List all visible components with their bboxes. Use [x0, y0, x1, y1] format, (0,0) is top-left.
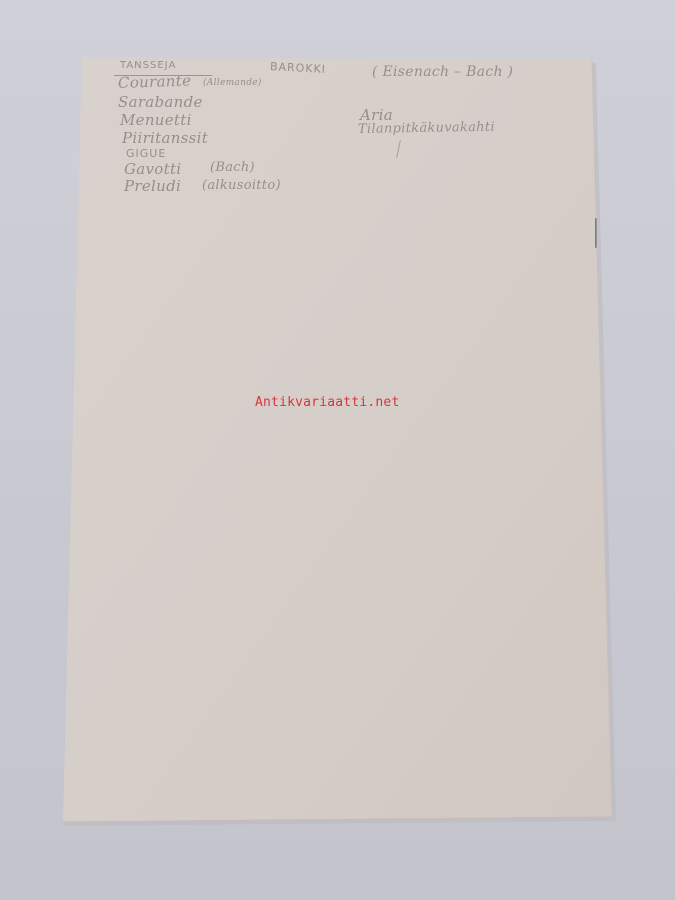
note-item: Courante — [118, 71, 192, 92]
note-item: Menuetti — [120, 111, 192, 129]
note-item: Preludi — [124, 177, 181, 195]
watermark: Antikvariaatti.net — [255, 395, 399, 410]
dances-heading: TANSSEJA — [120, 60, 176, 71]
paper-sheet — [0, 0, 675, 900]
note-item: GIGUE — [126, 147, 166, 160]
staple-edge — [595, 218, 597, 248]
note-item-annotation: (alkusoitto) — [202, 178, 281, 193]
note-item: Gavotti — [124, 160, 181, 178]
note-item-annotation: (Bach) — [210, 160, 255, 175]
note-item: Tilanpitkäkuvakahti — [358, 120, 495, 137]
heading-note: ( Eisenach – Bach ) — [372, 64, 513, 80]
note-item-annotation: (Allemande) — [203, 78, 262, 88]
note-item: Sarabande — [118, 93, 203, 111]
note-item: Piiritanssit — [122, 129, 208, 147]
